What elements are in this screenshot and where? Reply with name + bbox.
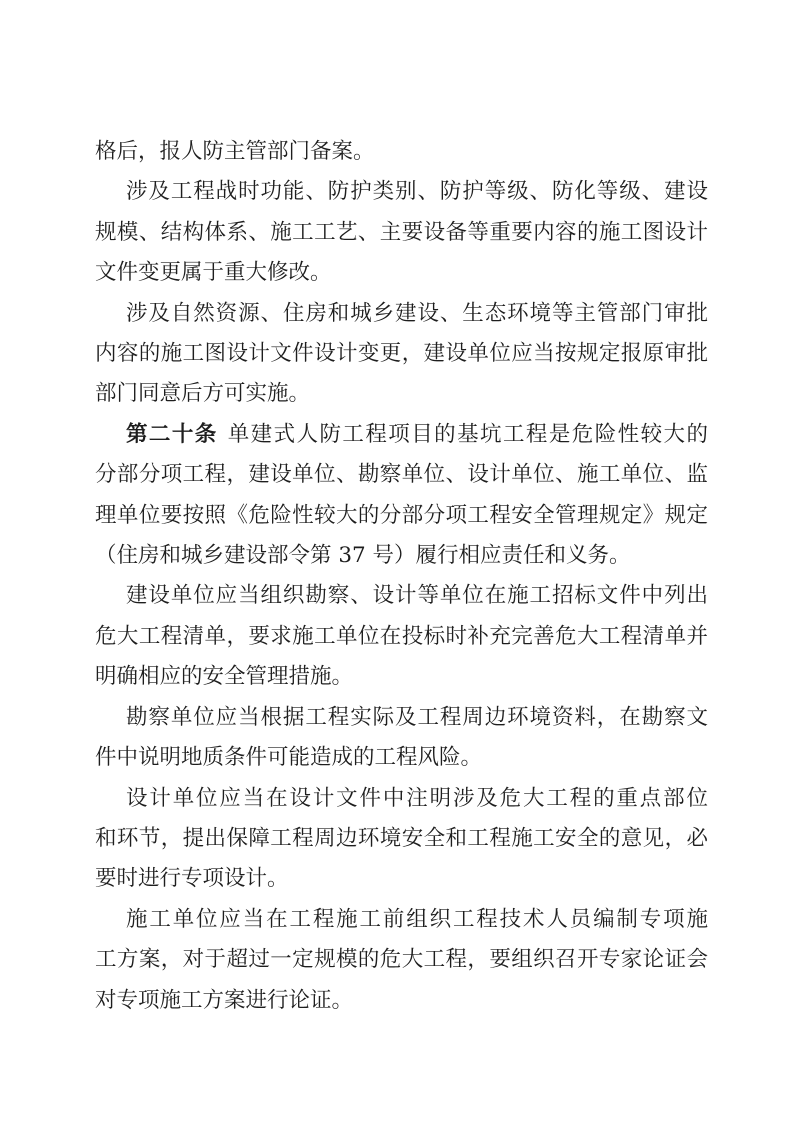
text-line: 要时进行专项设计。: [95, 859, 708, 899]
text-line: 理单位要按照《危险性较大的分部分项工程安全管理规定》规定: [95, 496, 708, 536]
text-line: 勘察单位应当根据工程实际及工程周边环境资料，在勘察文: [95, 698, 708, 738]
text-line: 工方案，对于超过一定规模的危大工程，要组织召开专家论证会: [95, 940, 708, 980]
article-number-label: 第二十条: [126, 422, 218, 447]
text-line: 施工单位应当在工程施工前组织工程技术人员编制专项施: [95, 900, 708, 940]
text-line: 第二十条单建式人防工程项目的基坑工程是危险性较大的: [95, 415, 708, 455]
document-page: 格后，报人防主管部门备案。 涉及工程战时功能、防护类别、防护等级、防化等级、建设…: [0, 0, 793, 1122]
text-line: 涉及工程战时功能、防护类别、防护等级、防化等级、建设: [95, 172, 708, 212]
text-line: 危大工程清单，要求施工单位在投标时补充完善危大工程清单并: [95, 617, 708, 657]
text-line: 格后，报人防主管部门备案。: [95, 132, 708, 172]
text-line: 规模、结构体系、施工工艺、主要设备等重要内容的施工图设计: [95, 213, 708, 253]
paragraph: 涉及工程战时功能、防护类别、防护等级、防化等级、建设 规模、结构体系、施工工艺、…: [95, 172, 708, 293]
paragraph: 施工单位应当在工程施工前组织工程技术人员编制专项施 工方案，对于超过一定规模的危…: [95, 900, 708, 1021]
text-line: 件中说明地质条件可能造成的工程风险。: [95, 738, 708, 778]
text-line: 分部分项工程，建设单位、勘察单位、设计单位、施工单位、监: [95, 455, 708, 495]
article-text: 单建式人防工程项目的基坑工程是危险性较大的: [228, 422, 708, 447]
text-line: 对专项施工方案进行论证。: [95, 981, 708, 1021]
text-line: 建设单位应当组织勘察、设计等单位在施工招标文件中列出: [95, 576, 708, 616]
paragraph-article-20: 第二十条单建式人防工程项目的基坑工程是危险性较大的 分部分项工程，建设单位、勘察…: [95, 415, 708, 577]
paragraph: 勘察单位应当根据工程实际及工程周边环境资料，在勘察文 件中说明地质条件可能造成的…: [95, 698, 708, 779]
text-line: 设计单位应当在设计文件中注明涉及危大工程的重点部位: [95, 779, 708, 819]
text-line: 涉及自然资源、住房和城乡建设、生态环境等主管部门审批: [95, 294, 708, 334]
text-line: 和环节，提出保障工程周边环境安全和工程施工安全的意见，必: [95, 819, 708, 859]
paragraph-continuation: 格后，报人防主管部门备案。: [95, 132, 708, 172]
text-line: 明确相应的安全管理措施。: [95, 657, 708, 697]
text-line: 文件变更属于重大修改。: [95, 253, 708, 293]
document-text-block: 格后，报人防主管部门备案。 涉及工程战时功能、防护类别、防护等级、防化等级、建设…: [95, 132, 708, 1021]
paragraph: 涉及自然资源、住房和城乡建设、生态环境等主管部门审批 内容的施工图设计文件设计变…: [95, 294, 708, 415]
paragraph: 建设单位应当组织勘察、设计等单位在施工招标文件中列出 危大工程清单，要求施工单位…: [95, 576, 708, 697]
text-line: 内容的施工图设计文件设计变更，建设单位应当按规定报原审批: [95, 334, 708, 374]
paragraph: 设计单位应当在设计文件中注明涉及危大工程的重点部位 和环节，提出保障工程周边环境…: [95, 779, 708, 900]
text-line: （住房和城乡建设部令第 37 号）履行相应责任和义务。: [95, 536, 708, 576]
text-line: 部门同意后方可实施。: [95, 374, 708, 414]
